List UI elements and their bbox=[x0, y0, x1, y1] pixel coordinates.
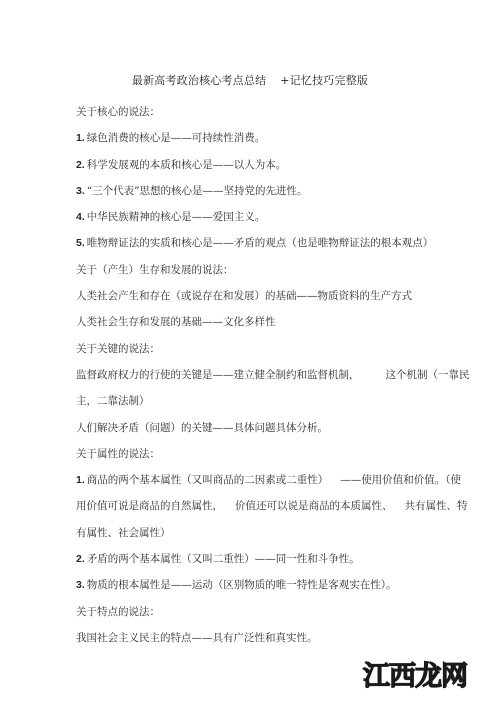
list-item: 3.“三个代表”思想的核心是——坚持党的先进性。 bbox=[76, 182, 486, 208]
line-text: 主，二靠法制） bbox=[76, 395, 150, 407]
list-item: 2.矛盾的两个基本属性（又叫二重性）——同一性和斗争性。 bbox=[76, 550, 486, 576]
line-text-cont: ——使用价值和价值。（使 bbox=[340, 474, 461, 486]
section-heading-feature: 关于特点的说法： bbox=[76, 603, 486, 629]
item-number: 1. bbox=[76, 474, 85, 486]
line-text: 关于属性的说法： bbox=[76, 448, 160, 460]
line-text: 唯物辩证法的实质和核心是——矛盾的观点（也是唯物辩证法的根本观点） bbox=[87, 237, 434, 249]
line-text: 人类社会生存和发展的基础——文化多样性 bbox=[76, 316, 276, 328]
line-text: 科学发展观的本质和核心是——以人为本。 bbox=[87, 159, 287, 171]
line-text: 矛盾的两个基本属性（又叫二重性）——同一性和斗争性。 bbox=[87, 553, 360, 565]
watermark-part-orange: 江西 bbox=[363, 661, 415, 692]
line-text: 人类社会产生和存在（或说存在和发展）的基础——物质资料的生产方式 bbox=[76, 290, 412, 302]
paragraph-line: 我国社会主义民主的特点——具有广泛性和真实性。 bbox=[76, 629, 486, 655]
section-heading-attribute: 关于属性的说法： bbox=[76, 445, 486, 471]
item-number: 3. bbox=[76, 185, 85, 197]
line-text: 监督政府权力的行使的关键是——建立健全制约和监督机制， bbox=[76, 369, 360, 381]
line-text-cont: 这个机制（一靠民 bbox=[386, 369, 470, 381]
document-body: 关于核心的说法： 1.绿色消费的核心是——可持续性消费。 2.科学发展观的本质和… bbox=[76, 103, 486, 655]
item-number: 3. bbox=[76, 579, 85, 591]
line-text: 物质的根本属性是——运动（区别物质的唯一特性是客观实在性）。 bbox=[87, 579, 397, 591]
line-text-cont: 价值还可以说是商品的本质属性、 bbox=[235, 500, 393, 512]
line-text: 绿色消费的核心是——可持续性消费。 bbox=[87, 132, 266, 144]
line-text: 我国社会主义民主的特点——具有广泛性和真实性。 bbox=[76, 632, 318, 644]
paragraph-line: 监督政府权力的行使的关键是——建立健全制约和监督机制，这个机制（一靠民 bbox=[76, 366, 486, 392]
line-text: 关于核心的说法： bbox=[76, 106, 160, 118]
list-item: 4.中华民族精神的核心是——爱国主义。 bbox=[76, 208, 486, 234]
paragraph-line: 有属性、社会属性） bbox=[76, 524, 486, 550]
line-text: 关于特点的说法： bbox=[76, 606, 160, 618]
line-text: 关于关键的说法： bbox=[76, 343, 160, 355]
title-suffix: +记忆技巧完整版 bbox=[280, 74, 368, 87]
list-item: 5.唯物辩证法的实质和核心是——矛盾的观点（也是唯物辩证法的根本观点） bbox=[76, 234, 486, 260]
section-heading-core: 关于核心的说法： bbox=[76, 103, 486, 129]
line-text: 商品的两个基本属性（又叫商品的二因素或二重性） bbox=[87, 474, 329, 486]
list-item: 2.科学发展观的本质和核心是——以人为本。 bbox=[76, 156, 486, 182]
title-main: 最新高考政治核心考点总结 bbox=[132, 74, 266, 87]
list-item: 3.物质的根本属性是——运动（区别物质的唯一特性是客观实在性）。 bbox=[76, 576, 486, 602]
section-heading-key: 关于关键的说法： bbox=[76, 340, 486, 366]
line-text: “三个代表”思想的核心是——坚持党的先进性。 bbox=[87, 185, 308, 197]
list-item: 1.商品的两个基本属性（又叫商品的二因素或二重性）——使用价值和价值。（使 bbox=[76, 471, 486, 497]
document-title: 最新高考政治核心考点总结+记忆技巧完整版 bbox=[0, 72, 500, 88]
item-number: 4. bbox=[76, 211, 85, 223]
site-watermark-logo: 江西龙网 bbox=[363, 661, 467, 693]
item-number: 2. bbox=[76, 159, 85, 171]
line-text: 关于（产生）生存和发展的说法： bbox=[76, 264, 234, 276]
item-number: 5. bbox=[76, 237, 85, 249]
line-text-cont2: 共有属性、特 bbox=[405, 500, 468, 512]
line-text: 用价值可说是商品的自然属性， bbox=[76, 500, 223, 512]
watermark-part-white: 龙网 bbox=[415, 661, 467, 692]
line-text: 人们解决矛盾（问题）的关键——具体问题具体分析。 bbox=[76, 422, 328, 434]
section-heading-existence: 关于（产生）生存和发展的说法： bbox=[76, 261, 486, 287]
paragraph-line: 人类社会生存和发展的基础——文化多样性 bbox=[76, 313, 486, 339]
item-number: 2. bbox=[76, 553, 85, 565]
paragraph-line: 用价值可说是商品的自然属性，价值还可以说是商品的本质属性、共有属性、特 bbox=[76, 497, 486, 523]
paragraph-line: 人们解决矛盾（问题）的关键——具体问题具体分析。 bbox=[76, 419, 486, 445]
paragraph-line: 人类社会产生和存在（或说存在和发展）的基础——物质资料的生产方式 bbox=[76, 287, 486, 313]
line-text: 中华民族精神的核心是——爱国主义。 bbox=[87, 211, 266, 223]
paragraph-line: 主，二靠法制） bbox=[76, 392, 486, 418]
item-number: 1. bbox=[76, 132, 85, 144]
list-item: 1.绿色消费的核心是——可持续性消费。 bbox=[76, 129, 486, 155]
line-text: 有属性、社会属性） bbox=[76, 527, 171, 539]
